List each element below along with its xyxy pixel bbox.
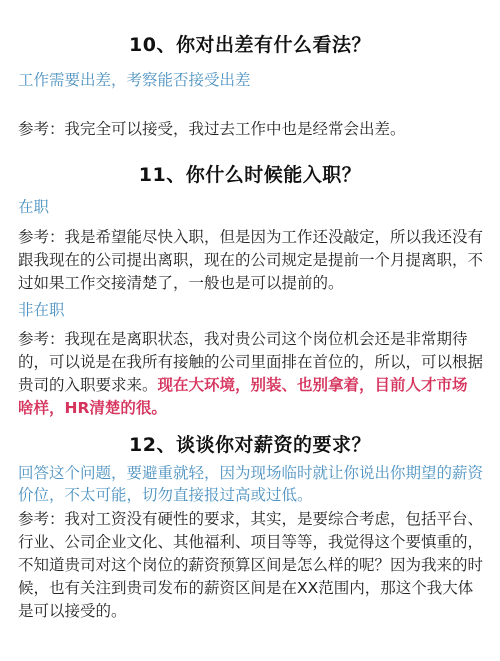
question-12-hint: 回答这个问题，要避重就轻，因为现场临时就让你说出你期望的薪资价位，不太可能，切勿… <box>18 462 488 506</box>
question-11-label-unemployed: 非在职 <box>18 299 488 321</box>
question-11-answer-employed: 参考：我是希望能尽快入职，但是因为工作还没敲定，所以我还没有跟我现在的公司提出离… <box>18 226 483 295</box>
question-10-title: 10、你对出差有什么看法？ <box>0 30 500 57</box>
question-11-answer-unemployed: 参考：我现在是离职状态，我对贵公司这个岗位机会还是非常期待的，可以说是在我所有接… <box>18 328 483 420</box>
question-12-title: 12、谈谈你对薪资的要求？ <box>0 430 500 457</box>
question-10-answer: 参考：我完全可以接受，我过去工作中也是经常会出差。 <box>18 118 483 141</box>
question-11-label-employed: 在职 <box>18 196 488 218</box>
question-12-answer: 参考：我对工资没有硬性的要求，其实，是要综合考虑，包括平台、行业、公司企业文化、… <box>18 508 483 623</box>
document-page: 10、你对出差有什么看法？ 工作需要出差，考察能否接受出差 参考：我完全可以接受… <box>0 0 500 661</box>
question-10-hint: 工作需要出差，考察能否接受出差 <box>18 69 488 91</box>
question-11-title: 11、你什么时候能入职？ <box>0 160 500 187</box>
